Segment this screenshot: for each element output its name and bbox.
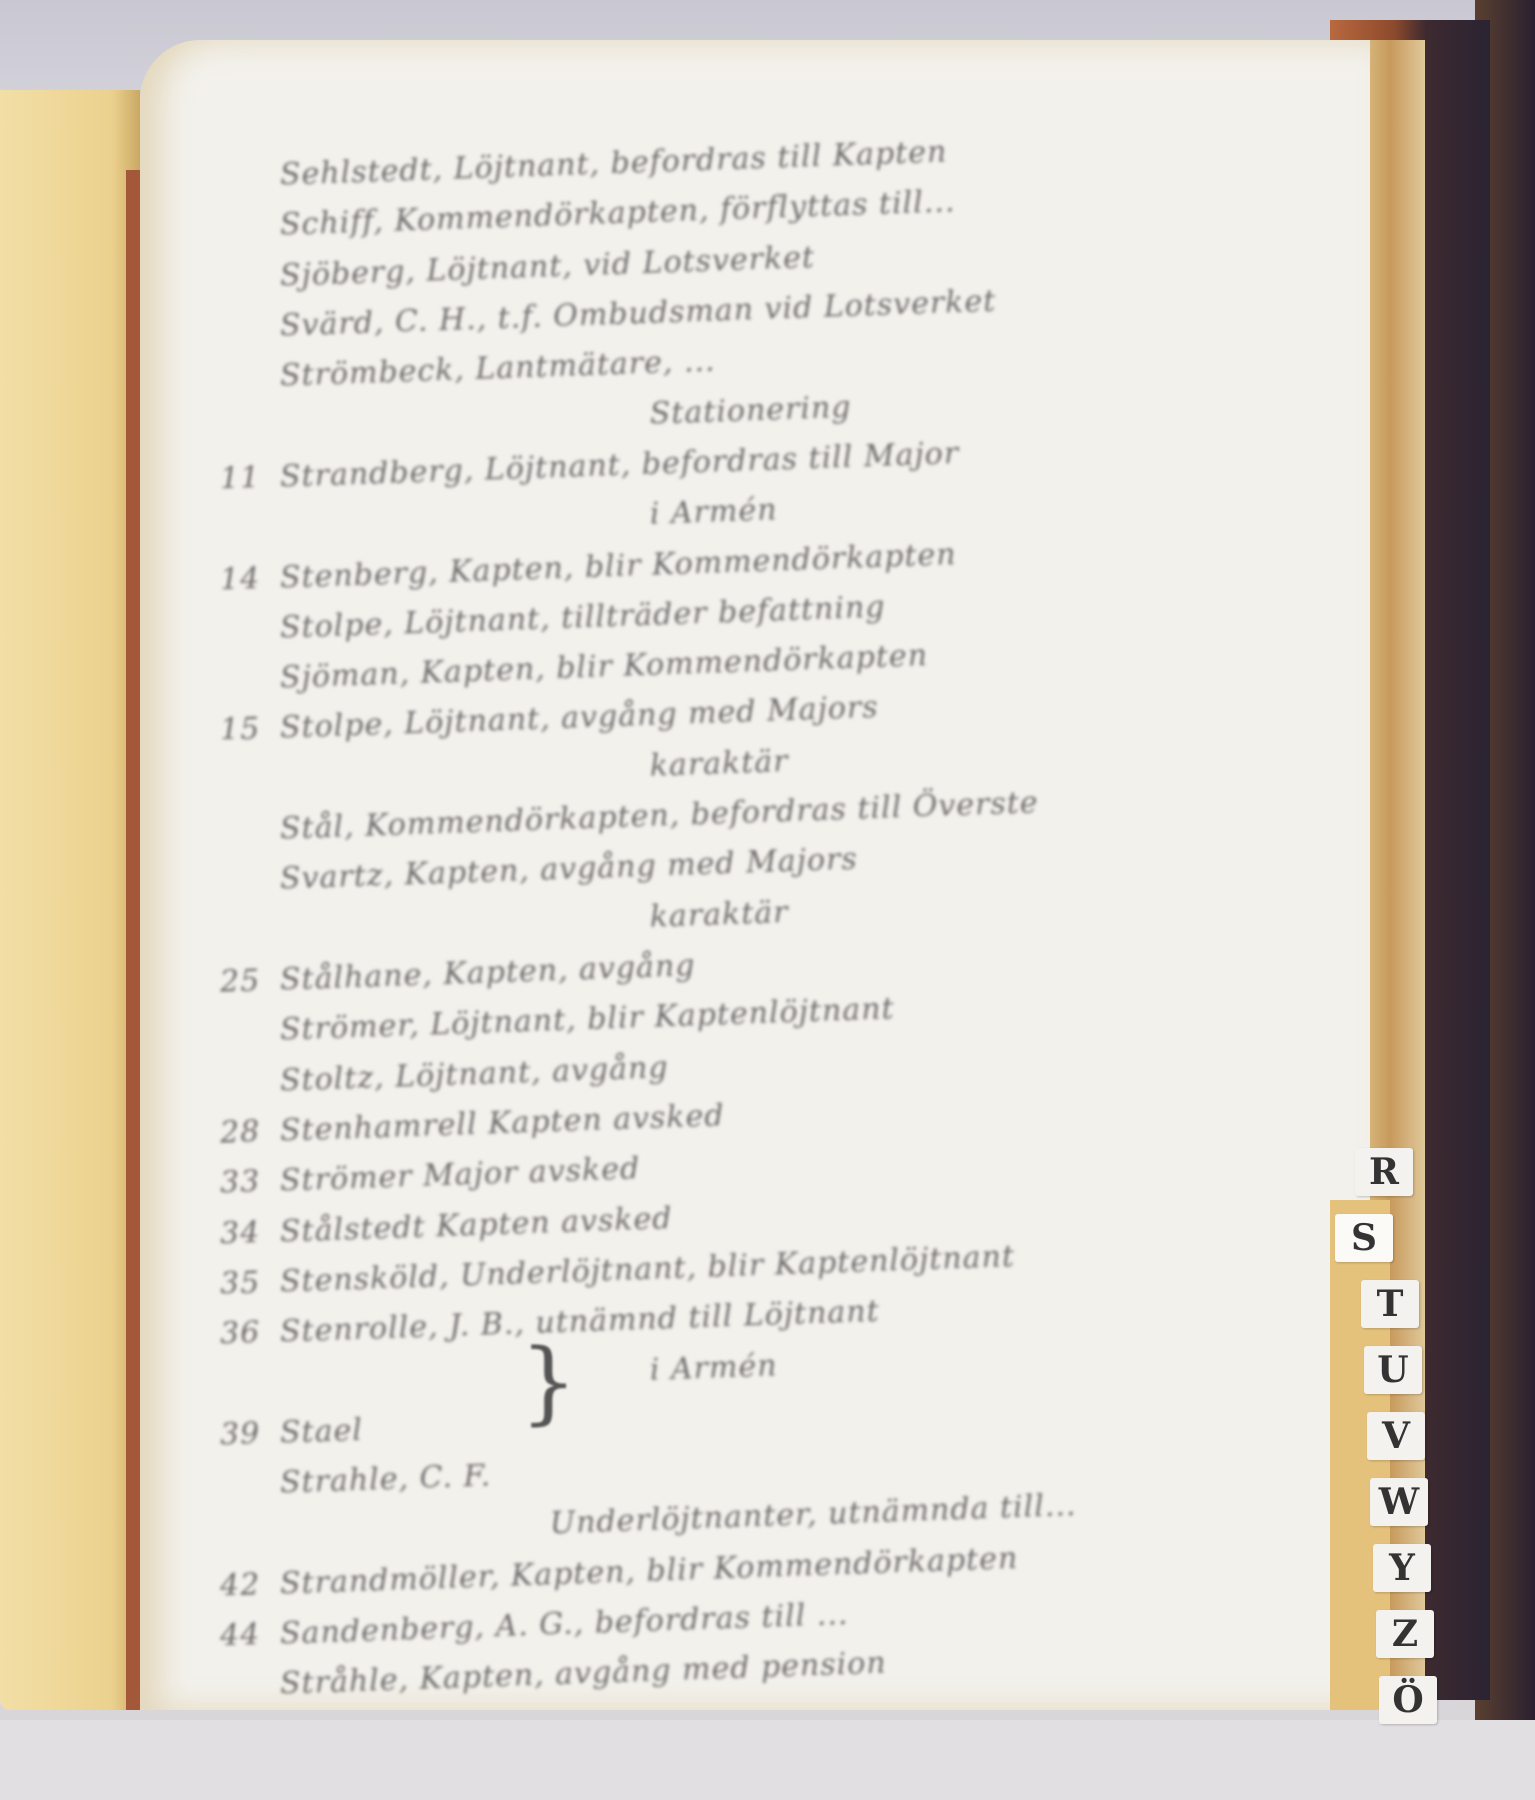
entry-number: 28 (219, 1114, 280, 1151)
index-tab-Z[interactable]: Z (1376, 1610, 1434, 1658)
entry-number (220, 1090, 280, 1092)
entry-number: 42 (219, 1566, 280, 1603)
index-tab-U[interactable]: U (1364, 1346, 1422, 1394)
index-tab-Ö[interactable]: Ö (1379, 1676, 1437, 1724)
left-page (0, 90, 140, 1710)
entry-text: Sehlstedt, Löjtnant, befordras till Kapt… (279, 134, 947, 192)
entry-number: 33 (219, 1164, 280, 1201)
index-tab-R[interactable]: R (1355, 1148, 1413, 1196)
entry-number (220, 1694, 280, 1696)
entry-number: 36 (219, 1315, 280, 1352)
entry-number: 34 (219, 1214, 280, 1251)
entry-number (220, 285, 280, 287)
entry-number: 39 (219, 1415, 280, 1452)
index-tab-Y[interactable]: Y (1373, 1544, 1431, 1592)
entry-number (220, 336, 280, 338)
entry-number: 25 (219, 963, 280, 1000)
entry-number (220, 1493, 280, 1495)
entry-text: Strahle, C. F. (279, 1458, 491, 1500)
entry-number (220, 637, 280, 639)
brace-mark: } (520, 1330, 577, 1435)
entry-number (220, 235, 280, 237)
entry-number (220, 839, 280, 841)
entry-number (220, 185, 280, 187)
entry-text: Stael (279, 1413, 363, 1451)
entry-number: 44 (219, 1617, 280, 1654)
entry-number (220, 688, 280, 690)
entry-number (220, 889, 280, 891)
handwritten-entries: Sehlstedt, Löjtnant, befordras till Kapt… (220, 140, 1350, 1700)
entry-number: 14 (219, 560, 280, 597)
entry-number: 15 (219, 711, 280, 748)
entry-number: 35 (219, 1265, 280, 1302)
table-surface (0, 1720, 1535, 1800)
index-tab-T[interactable]: T (1361, 1280, 1419, 1328)
index-tab-S[interactable]: S (1335, 1214, 1393, 1262)
entry-number (220, 1040, 280, 1042)
index-tab-W[interactable]: W (1370, 1478, 1428, 1526)
entry-number: 11 (219, 460, 280, 497)
index-tab-V[interactable]: V (1367, 1412, 1425, 1460)
entry-number (220, 386, 280, 388)
